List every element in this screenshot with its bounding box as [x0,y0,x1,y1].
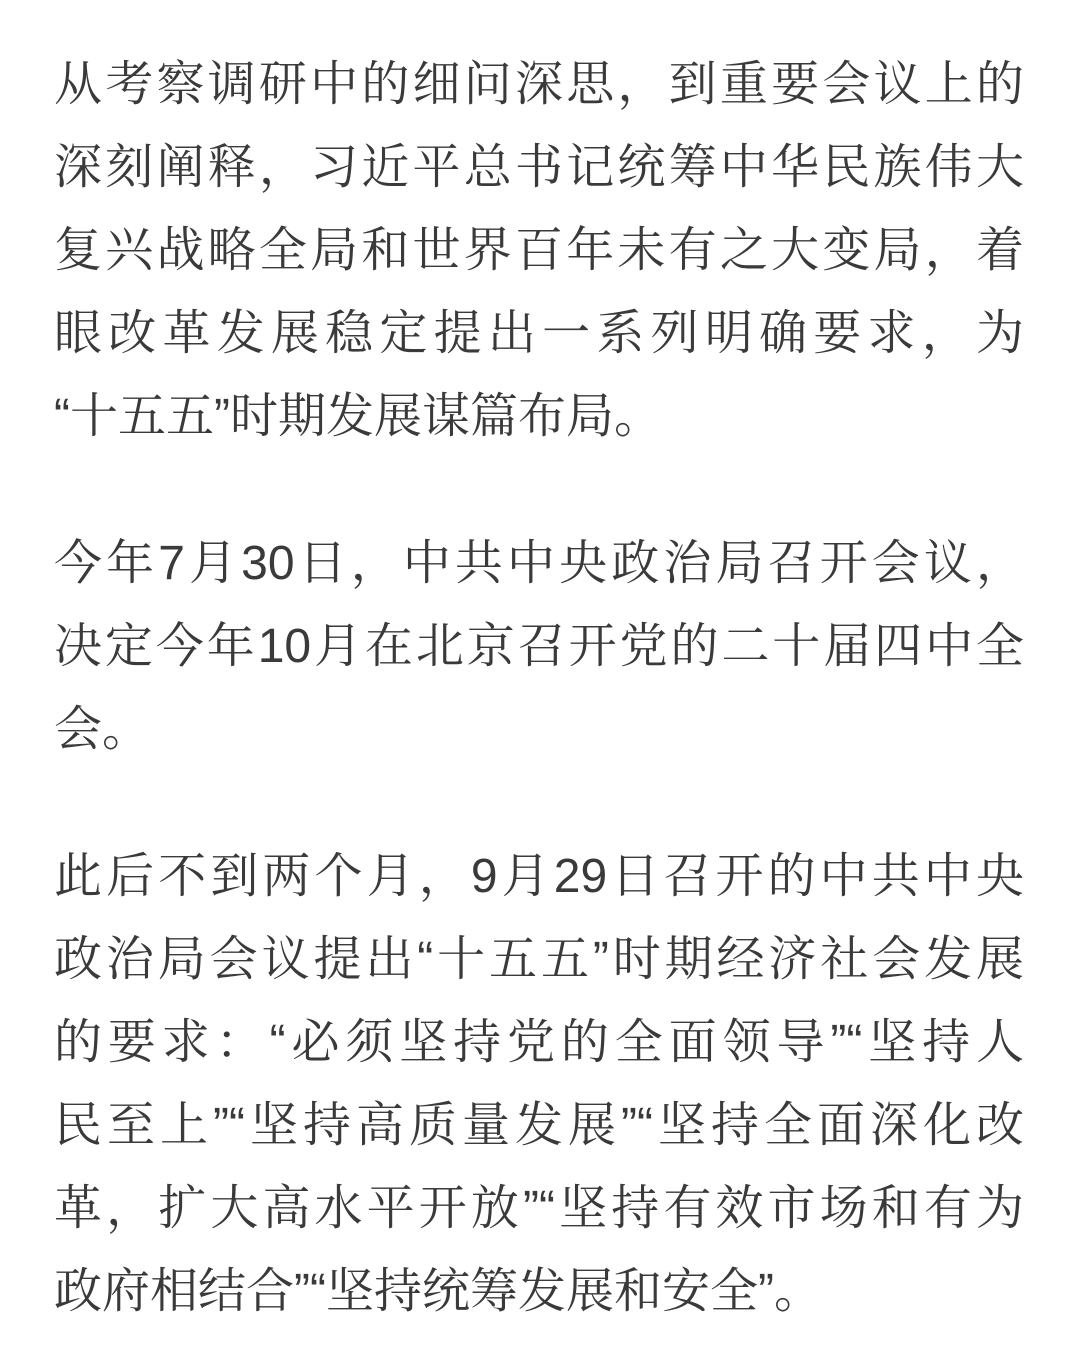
paragraph: 此后不到两个月，9月29日召开的中共中央政治局会议提出“十五五”时期经济社会发展… [54,835,1024,1333]
text-line: 今年7月30日，中共中央政治局召开会议， [54,522,1024,605]
text-line: 决定今年10月在北京召开党的二十届四中全 [54,605,1024,688]
paragraph: 今年7月30日，中共中央政治局召开会议，决定今年10月在北京召开党的二十届四中全… [54,522,1024,771]
text-line: 会。 [54,688,1024,771]
text-line: 复兴战略全局和世界百年未有之大变局，着 [54,209,1024,292]
article-content: 从考察调研中的细问深思，到重要会议上的深刻阐释，习近平总书记统筹中华民族伟大复兴… [0,0,1091,1372]
text-line: 从考察调研中的细问深思，到重要会议上的 [54,43,1024,126]
article-page: 从考察调研中的细问深思，到重要会议上的深刻阐释，习近平总书记统筹中华民族伟大复兴… [0,0,1091,1372]
text-line: 政府相结合”“坚持统筹发展和安全”。 [54,1250,1024,1333]
text-line: 此后不到两个月，9月29日召开的中共中央 [54,835,1024,918]
text-line: 政治局会议提出“十五五”时期经济社会发展 [54,918,1024,1001]
text-line: 革，扩大高水平开放”“坚持有效市场和有为 [54,1167,1024,1250]
text-line: “十五五”时期发展谋篇布局。 [54,375,1024,458]
paragraph: 从考察调研中的细问深思，到重要会议上的深刻阐释，习近平总书记统筹中华民族伟大复兴… [54,43,1024,458]
text-line: 深刻阐释，习近平总书记统筹中华民族伟大 [54,126,1024,209]
text-line: 民至上”“坚持高质量发展”“坚持全面深化改 [54,1084,1024,1167]
text-line: 眼改革发展稳定提出一系列明确要求，为 [54,292,1024,375]
text-line: 的要求：“必须坚持党的全面领导”“坚持人 [54,1001,1024,1084]
